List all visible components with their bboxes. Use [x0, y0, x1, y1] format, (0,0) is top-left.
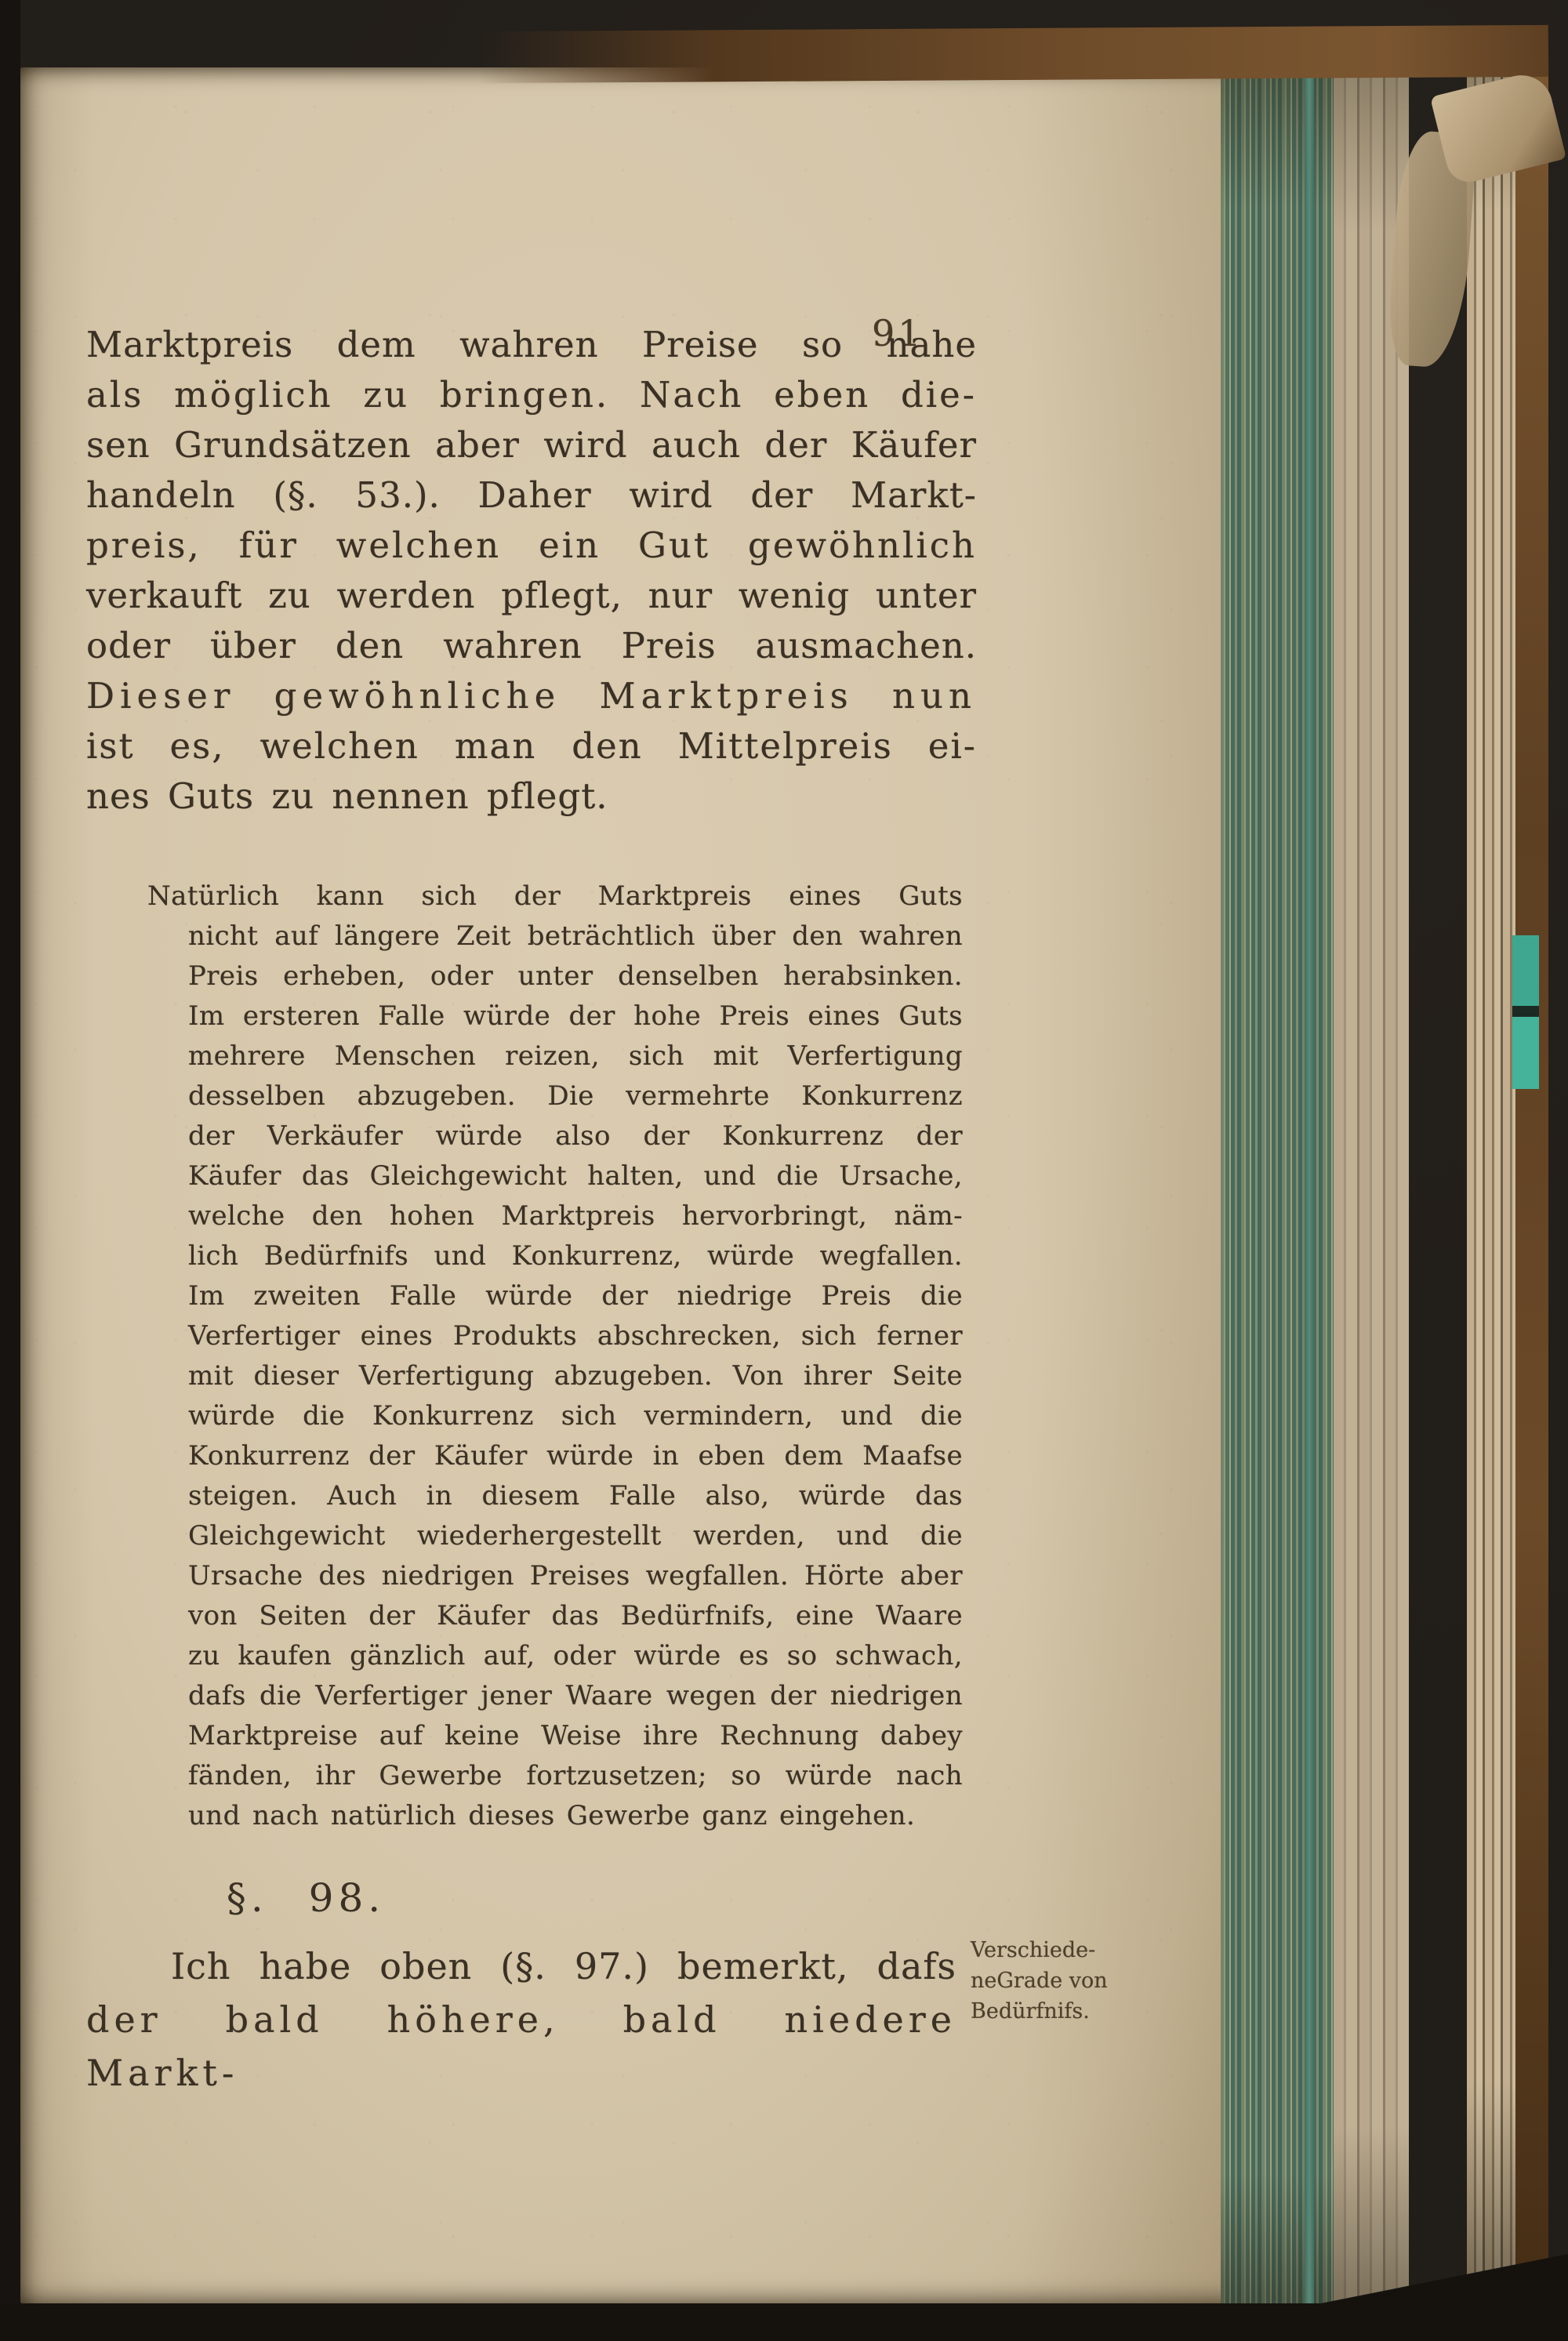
text-line: verkauft zu werden pflegt, nur wenig unt… [86, 571, 977, 621]
book-cover-leather-edge [1515, 45, 1548, 2307]
text-line: Käufer das Gleichgewicht halten, und die… [188, 1156, 963, 1196]
margin-note: Verschiede-neGrade vonBedürfnifs. [971, 1935, 1127, 2027]
text-line: steigen. Auch in diesem Falle also, würd… [188, 1476, 963, 1516]
text-line: neGrade von [971, 1965, 1127, 1996]
text-line: zu kaufen gänzlich auf, oder würde es so… [188, 1636, 963, 1676]
text-line: Konkurrenz der Käufer würde in eben dem … [188, 1436, 963, 1476]
petit-annotation-paragraph: Natürlich kann sich der Marktpreis eines… [147, 877, 963, 1836]
text-line: Verfertiger eines Produkts abschrecken, … [188, 1316, 963, 1356]
book-page: 91 Marktpreis dem wahren Preise so nahea… [20, 67, 1241, 2303]
text-line: Verschiede- [971, 1935, 1127, 1965]
text-line: Ich habe oben (§. 97.) bemerkt, dafs [86, 1940, 956, 1993]
text-line: lich Bedürfnifs und Konkurrenz, würde we… [188, 1236, 963, 1276]
closing-paragraph: Ich habe oben (§. 97.) bemerkt, dafsder … [86, 1940, 956, 2100]
fore-edge-green-stripes [1221, 75, 1334, 2307]
text-line: Natürlich kann sich der Marktpreis eines… [147, 877, 963, 916]
text-line: und nach natürlich dieses Gewerbe ganz e… [188, 1796, 963, 1836]
text-line: Marktpreise auf keine Weise ihre Rechnun… [188, 1716, 963, 1756]
text-line: sen Grundsätzen aber wird auch der Käufe… [86, 420, 977, 470]
scan-background-left [0, 0, 20, 2341]
text-line: der bald höhere, bald niedere Markt- [86, 1993, 956, 2100]
text-line: fänden, ihr Gewerbe fortzusetzen; so wür… [188, 1756, 963, 1796]
text-line: Im ersteren Falle würde der hohe Preis e… [188, 996, 963, 1036]
book-cover-top-edge [478, 25, 1548, 83]
text-line: welche den hohen Marktpreis hervorbringt… [188, 1196, 963, 1236]
fore-edge-brown-stripes [1409, 75, 1467, 2307]
fore-edge-teal-line [1305, 75, 1314, 2307]
text-line: Bedürfnifs. [971, 1996, 1127, 2027]
text-line: als möglich zu bringen. Nach eben die- [86, 370, 977, 420]
main-paragraph: Marktpreis dem wahren Preise so naheals … [86, 320, 977, 822]
scan-background-bottom [0, 2303, 1568, 2341]
text-line: mit dieser Verfertigung abzugeben. Von i… [188, 1356, 963, 1396]
text-line: von Seiten der Käufer das Bedürfnifs, ei… [188, 1596, 963, 1636]
text-line: der Verkäufer würde also der Konkurrenz … [188, 1116, 963, 1156]
text-line: Gleichgewicht wiederhergestellt werden, … [188, 1516, 963, 1556]
fore-edge-tan-band [1334, 75, 1409, 2307]
text-line: ist es, welchen man den Mittelpreis ei- [86, 721, 977, 771]
teal-fabric-patch [1512, 935, 1539, 1089]
fore-edge-rough-pages [1467, 75, 1515, 2307]
section-heading: §. 98. [86, 1875, 525, 1921]
text-line: dafs die Verfertiger jener Waare wegen d… [188, 1676, 963, 1716]
text-line: handeln (§. 53.). Daher wird der Markt- [86, 470, 977, 521]
text-line: Im zweiten Falle würde der niedrige Prei… [188, 1276, 963, 1316]
text-line: mehrere Menschen reizen, sich mit Verfer… [188, 1036, 963, 1076]
text-line: nicht auf längere Zeit beträchtlich über… [188, 916, 963, 956]
text-line: oder über den wahren Preis ausmachen. [86, 621, 977, 671]
book-scan-photo: 91 Marktpreis dem wahren Preise so nahea… [0, 0, 1568, 2341]
text-line: desselben abzugeben. Die vermehrte Konku… [188, 1076, 963, 1116]
text-line: würde die Konkurrenz sich vermindern, un… [188, 1396, 963, 1436]
text-line: Preis erheben, oder unter denselben hera… [188, 956, 963, 996]
text-line: Dieser gewöhnliche Marktpreis nun [86, 671, 977, 721]
text-line: Ursache des niedrigen Preises wegfallen.… [188, 1556, 963, 1596]
text-line: preis, für welchen ein Gut gewöhnlich [86, 521, 977, 571]
text-line: nes Guts zu nennen pflegt. [86, 771, 977, 822]
text-line: Marktpreis dem wahren Preise so nahe [86, 320, 977, 370]
